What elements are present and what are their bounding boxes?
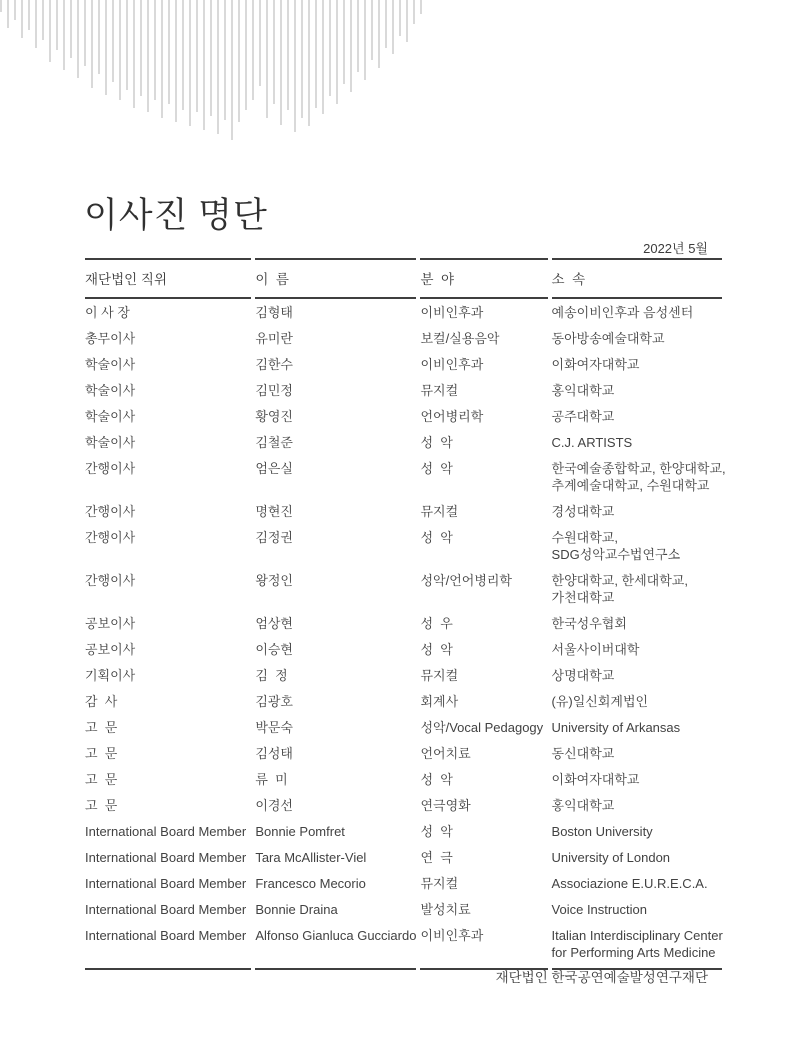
table-row: 고 문박문숙성악/Vocal PedagogyUniversity of Ark… — [85, 714, 722, 740]
waveform-bar — [364, 0, 366, 80]
cell-field: 회계사 — [420, 688, 547, 714]
waveform-bar — [308, 0, 310, 126]
column-header-field: 분 야 — [420, 258, 547, 299]
table-row: 간행이사명현진뮤지컬경성대학교 — [85, 498, 722, 524]
waveform-bar — [357, 0, 359, 72]
cell-position: 간행이사 — [85, 524, 251, 567]
cell-position: International Board Member — [85, 844, 251, 870]
cell-name: 이승현 — [255, 636, 416, 662]
cell-position: 간행이사 — [85, 567, 251, 610]
table-row: 공보이사이승현성 악서울사이버대학 — [85, 636, 722, 662]
table-header-row: 재단법인 직위 이 름 분 야 소 속 — [85, 258, 722, 299]
cell-name: 유미란 — [255, 325, 416, 351]
cell-field: 성 악 — [420, 766, 547, 792]
cell-name: 황영진 — [255, 403, 416, 429]
waveform-bar — [259, 0, 261, 86]
cell-name: 김철준 — [255, 429, 416, 455]
table-row: 이 사 장김형태이비인후과예송이비인후과 음성센터 — [85, 299, 722, 325]
waveform-bar — [105, 0, 107, 95]
waveform-bar — [175, 0, 177, 122]
waveform-bar — [413, 0, 415, 24]
cell-affiliation: 서울사이버대학 — [552, 636, 722, 662]
cell-position: 고 문 — [85, 740, 251, 766]
waveform-bar — [140, 0, 142, 96]
cell-position: 공보이사 — [85, 610, 251, 636]
waveform-bar — [77, 0, 79, 78]
cell-affiliation: University of Arkansas — [552, 714, 722, 740]
cell-field: 언어치료 — [420, 740, 547, 766]
cell-name: 류 미 — [255, 766, 416, 792]
waveform-bar — [371, 0, 373, 60]
waveform-bar — [133, 0, 135, 108]
cell-affiliation: Associazione E.U.R.E.C.A. — [552, 870, 722, 896]
waveform-bar — [14, 0, 16, 20]
cell-position: 간행이사 — [85, 455, 251, 498]
table-row: 고 문김성태언어치료동신대학교 — [85, 740, 722, 766]
cell-name: 김정권 — [255, 524, 416, 567]
cell-field: 뮤지컬 — [420, 377, 547, 403]
cell-field: 성 악 — [420, 429, 547, 455]
waveform-bar — [0, 0, 2, 12]
cell-name: 김 정 — [255, 662, 416, 688]
waveform-bar — [343, 0, 345, 84]
document-page: 이사진 명단 2022년 5월 재단법인 직위 이 름 분 야 소 속 이 사 … — [0, 0, 793, 1057]
table-row: 학술이사김민정뮤지컬홍익대학교 — [85, 377, 722, 403]
cell-position: International Board Member — [85, 896, 251, 922]
cell-position: 학술이사 — [85, 377, 251, 403]
table-row: 학술이사김철준성 악C.J. ARTISTS — [85, 429, 722, 455]
cell-field: 성 악 — [420, 818, 547, 844]
waveform-bar — [245, 0, 247, 110]
waveform-bar — [385, 0, 387, 48]
cell-name: 명현진 — [255, 498, 416, 524]
waveform-bar — [154, 0, 156, 100]
cell-affiliation: Boston University — [552, 818, 722, 844]
waveform-bar — [399, 0, 401, 36]
cell-position: 총무이사 — [85, 325, 251, 351]
cell-field: 이비인후과 — [420, 922, 547, 970]
table-row: 고 문이경선연극영화홍익대학교 — [85, 792, 722, 818]
cell-affiliation: (유)일신회계법인 — [552, 688, 722, 714]
waveform-bar — [91, 0, 93, 88]
waveform-bar — [273, 0, 275, 104]
cell-name: 박문숙 — [255, 714, 416, 740]
cell-affiliation: 동아방송예술대학교 — [552, 325, 722, 351]
waveform-bar — [329, 0, 331, 96]
cell-affiliation: 동신대학교 — [552, 740, 722, 766]
table-row: 학술이사황영진언어병리학공주대학교 — [85, 403, 722, 429]
cell-field: 연 극 — [420, 844, 547, 870]
cell-affiliation: Voice Instruction — [552, 896, 722, 922]
waveform-bar — [287, 0, 289, 110]
waveform-bar — [196, 0, 198, 112]
table-row: International Board MemberTara McAlliste… — [85, 844, 722, 870]
waveform-bar — [224, 0, 226, 120]
cell-name: 엄은실 — [255, 455, 416, 498]
cell-affiliation: 한국성우협회 — [552, 610, 722, 636]
cell-field: 뮤지컬 — [420, 498, 547, 524]
cell-affiliation: 예송이비인후과 음성센터 — [552, 299, 722, 325]
waveform-bar — [350, 0, 352, 92]
cell-name: 김민정 — [255, 377, 416, 403]
waveform-bar — [112, 0, 114, 82]
waveform-bar — [406, 0, 408, 42]
cell-affiliation: 홍익대학교 — [552, 377, 722, 403]
cell-name: 엄상현 — [255, 610, 416, 636]
waveform-bar — [56, 0, 58, 50]
cell-name: 김성태 — [255, 740, 416, 766]
waveform-bar — [392, 0, 394, 54]
waveform-bar — [42, 0, 44, 40]
waveform-bar — [217, 0, 219, 134]
waveform-bar — [322, 0, 324, 114]
table-row: 학술이사김한수이비인후과이화여자대학교 — [85, 351, 722, 377]
waveform-bar — [98, 0, 100, 74]
cell-position: 학술이사 — [85, 351, 251, 377]
cell-position: 학술이사 — [85, 403, 251, 429]
cell-affiliation: 수원대학교, SDG성악교수법연구소 — [552, 524, 722, 567]
cell-field: 성악/언어병리학 — [420, 567, 547, 610]
cell-name: 김형태 — [255, 299, 416, 325]
cell-name: Bonnie Pomfret — [255, 818, 416, 844]
waveform-bar — [189, 0, 191, 126]
table-header: 재단법인 직위 이 름 분 야 소 속 — [85, 258, 722, 299]
cell-field: 성악/Vocal Pedagogy — [420, 714, 547, 740]
cell-affiliation: 상명대학교 — [552, 662, 722, 688]
waveform-bar — [63, 0, 65, 70]
cell-name: Alfonso Gianluca Gucciardo — [255, 922, 416, 970]
cell-field: 연극영화 — [420, 792, 547, 818]
board-members-table: 재단법인 직위 이 름 분 야 소 속 이 사 장김형태이비인후과예송이비인후과… — [81, 258, 726, 970]
table-row: 감 사김광호회계사(유)일신회계법인 — [85, 688, 722, 714]
waveform-bar — [49, 0, 51, 62]
waveform-bar — [280, 0, 282, 125]
waveform-bar — [378, 0, 380, 68]
waveform-bar — [168, 0, 170, 104]
cell-name: Bonnie Draina — [255, 896, 416, 922]
table-row: 간행이사김정권성 악수원대학교, SDG성악교수법연구소 — [85, 524, 722, 567]
cell-name: 김한수 — [255, 351, 416, 377]
cell-field: 뮤지컬 — [420, 662, 547, 688]
cell-field: 성 악 — [420, 636, 547, 662]
cell-affiliation: 한국예술종합학교, 한양대학교, 추계예술대학교, 수원대학교 — [552, 455, 722, 498]
waveform-bar — [21, 0, 23, 38]
cell-affiliation: 홍익대학교 — [552, 792, 722, 818]
cell-position: International Board Member — [85, 922, 251, 970]
cell-affiliation: 공주대학교 — [552, 403, 722, 429]
waveform-decoration — [0, 0, 422, 140]
waveform-bar — [210, 0, 212, 116]
waveform-bar — [119, 0, 121, 100]
waveform-bar — [252, 0, 254, 100]
waveform-bar — [126, 0, 128, 90]
waveform-bar — [84, 0, 86, 66]
waveform-bar — [420, 0, 422, 14]
cell-field: 언어병리학 — [420, 403, 547, 429]
table-row: International Board MemberBonnie Draina발… — [85, 896, 722, 922]
cell-affiliation: University of London — [552, 844, 722, 870]
cell-position: 학술이사 — [85, 429, 251, 455]
waveform-bar — [70, 0, 72, 58]
cell-position: 고 문 — [85, 766, 251, 792]
cell-position: International Board Member — [85, 818, 251, 844]
cell-field: 발성치료 — [420, 896, 547, 922]
waveform-bar — [266, 0, 268, 118]
cell-field: 이비인후과 — [420, 299, 547, 325]
cell-position: 공보이사 — [85, 636, 251, 662]
waveform-bar — [28, 0, 30, 30]
cell-field: 성 악 — [420, 524, 547, 567]
waveform-bar — [182, 0, 184, 110]
waveform-bar — [336, 0, 338, 104]
cell-position: International Board Member — [85, 870, 251, 896]
date-label: 2022년 5월 — [643, 238, 708, 257]
cell-field: 이비인후과 — [420, 351, 547, 377]
waveform-bar — [238, 0, 240, 122]
cell-field: 보컬/실용음악 — [420, 325, 547, 351]
waveform-bar — [315, 0, 317, 108]
table-body: 이 사 장김형태이비인후과예송이비인후과 음성센터총무이사유미란보컬/실용음악동… — [85, 299, 722, 970]
table-row: International Board MemberBonnie Pomfret… — [85, 818, 722, 844]
table-row: 간행이사왕정인성악/언어병리학한양대학교, 한세대학교, 가천대학교 — [85, 567, 722, 610]
waveform-bar — [161, 0, 163, 118]
cell-name: 왕정인 — [255, 567, 416, 610]
waveform-bar — [294, 0, 296, 132]
cell-position: 간행이사 — [85, 498, 251, 524]
cell-field: 뮤지컬 — [420, 870, 547, 896]
waveform-bar — [203, 0, 205, 130]
column-header-position: 재단법인 직위 — [85, 258, 251, 299]
cell-affiliation: Italian Interdisciplinary Center for Per… — [552, 922, 722, 970]
column-header-name: 이 름 — [255, 258, 416, 299]
cell-position: 고 문 — [85, 792, 251, 818]
cell-field: 성 악 — [420, 455, 547, 498]
footer-org-name: 재단법인 한국공연예술발성연구재단 — [496, 966, 708, 986]
table-row: 공보이사엄상현성 우한국성우협회 — [85, 610, 722, 636]
waveform-bar — [231, 0, 233, 140]
cell-affiliation: 한양대학교, 한세대학교, 가천대학교 — [552, 567, 722, 610]
table-row: International Board MemberFrancesco Meco… — [85, 870, 722, 896]
table-row: 고 문류 미성 악이화여자대학교 — [85, 766, 722, 792]
cell-position: 이 사 장 — [85, 299, 251, 325]
cell-position: 기획이사 — [85, 662, 251, 688]
table-row: International Board MemberAlfonso Gianlu… — [85, 922, 722, 970]
cell-affiliation: C.J. ARTISTS — [552, 429, 722, 455]
waveform-bar — [301, 0, 303, 118]
cell-name: 김광호 — [255, 688, 416, 714]
cell-field: 성 우 — [420, 610, 547, 636]
waveform-bar — [35, 0, 37, 48]
cell-position: 고 문 — [85, 714, 251, 740]
cell-affiliation: 경성대학교 — [552, 498, 722, 524]
cell-name: Tara McAllister-Viel — [255, 844, 416, 870]
table-row: 총무이사유미란보컬/실용음악동아방송예술대학교 — [85, 325, 722, 351]
column-header-affiliation: 소 속 — [552, 258, 722, 299]
cell-affiliation: 이화여자대학교 — [552, 766, 722, 792]
page-title: 이사진 명단 — [84, 188, 268, 238]
cell-name: Francesco Mecorio — [255, 870, 416, 896]
cell-position: 감 사 — [85, 688, 251, 714]
table-row: 간행이사엄은실성 악한국예술종합학교, 한양대학교, 추계예술대학교, 수원대학… — [85, 455, 722, 498]
cell-affiliation: 이화여자대학교 — [552, 351, 722, 377]
cell-name: 이경선 — [255, 792, 416, 818]
waveform-bar — [7, 0, 9, 28]
table-row: 기획이사김 정뮤지컬상명대학교 — [85, 662, 722, 688]
waveform-bar — [147, 0, 149, 112]
